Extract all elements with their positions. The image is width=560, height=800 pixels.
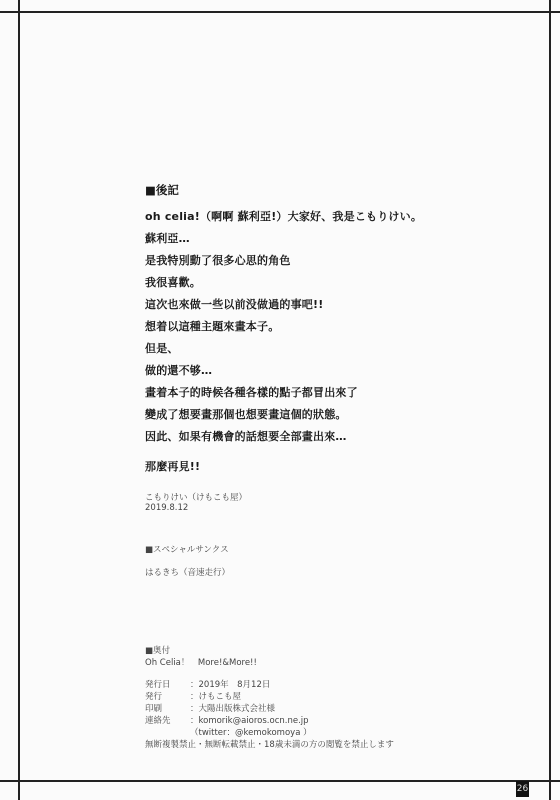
colophon-row-contact: 連絡先：komorik@aioros.ocn.ne.jp bbox=[145, 714, 309, 726]
colophon-row-printer: 印刷：大陽出版株式会社様 bbox=[145, 702, 275, 714]
afterword-line: 蘇利亞… bbox=[145, 230, 190, 246]
colophon-heading: ■奥付 bbox=[145, 644, 170, 656]
afterword-line: 是我特別動了很多心思的角色 bbox=[145, 252, 291, 268]
afterword-line: 因此、如果有機會的話想要全部畫出來… bbox=[145, 428, 347, 444]
colophon-key: 連絡先 bbox=[145, 714, 190, 726]
colophon-key: 印刷 bbox=[145, 702, 190, 714]
afterword-line: 做的還不够… bbox=[145, 362, 212, 378]
colophon-title: Oh Celia！ More!&More!! bbox=[145, 656, 257, 668]
crop-line-left bbox=[18, 0, 20, 800]
afterword-line: 但是、 bbox=[145, 340, 179, 356]
afterword-line: oh celia!（啊啊 蘇利亞!）大家好、我是こもりけい。 bbox=[145, 208, 422, 224]
colophon-key: 発行日 bbox=[145, 678, 190, 690]
afterword-heading: ■後記 bbox=[145, 182, 179, 198]
afterword-date: 2019.8.12 bbox=[145, 503, 188, 513]
thanks-name: はるきち（音速走行） bbox=[145, 566, 230, 578]
afterword-line: 畫着本子的時候各種各樣的點子都冒出來了 bbox=[145, 384, 358, 400]
author-signature: こもりけい（けもこも屋） bbox=[145, 491, 247, 503]
crop-line-right bbox=[549, 0, 551, 800]
crop-line-bottom bbox=[0, 780, 560, 782]
page-number: 26 bbox=[516, 781, 529, 797]
colophon-value: ：大陽出版株式会社様 bbox=[190, 704, 275, 714]
afterword-line: 這次也來做一些以前没做過的事吧!! bbox=[145, 296, 323, 312]
colophon-row-publish-date: 発行日：2019年 8月12日 bbox=[145, 678, 270, 690]
crop-line-top bbox=[0, 11, 560, 13]
colophon-value: ：komorik@aioros.ocn.ne.jp bbox=[190, 716, 309, 726]
colophon-value: ：2019年 8月12日 bbox=[190, 680, 270, 690]
colophon-row-publisher: 発行：けもこも屋 bbox=[145, 690, 241, 702]
colophon-value: （twitter：@kemokomoya ） bbox=[190, 728, 312, 738]
colophon-row-twitter: （twitter：@kemokomoya ） bbox=[145, 726, 312, 738]
afterword-line: 變成了想要畫那個也想要畫這個的狀態。 bbox=[145, 406, 347, 422]
afterword-line: 我很喜歡。 bbox=[145, 274, 201, 290]
thanks-heading: ■スペシャルサンクス bbox=[145, 543, 229, 555]
colophon-key: 発行 bbox=[145, 690, 190, 702]
afterword-line: 想着以這種主題來畫本子。 bbox=[145, 318, 279, 334]
afterword-closing: 那麼再見!! bbox=[145, 458, 200, 474]
copyright-notice: 無断複製禁止・無断転載禁止・18歳未満の方の閲覧を禁止します bbox=[145, 738, 394, 750]
colophon-value: ：けもこも屋 bbox=[190, 692, 241, 702]
